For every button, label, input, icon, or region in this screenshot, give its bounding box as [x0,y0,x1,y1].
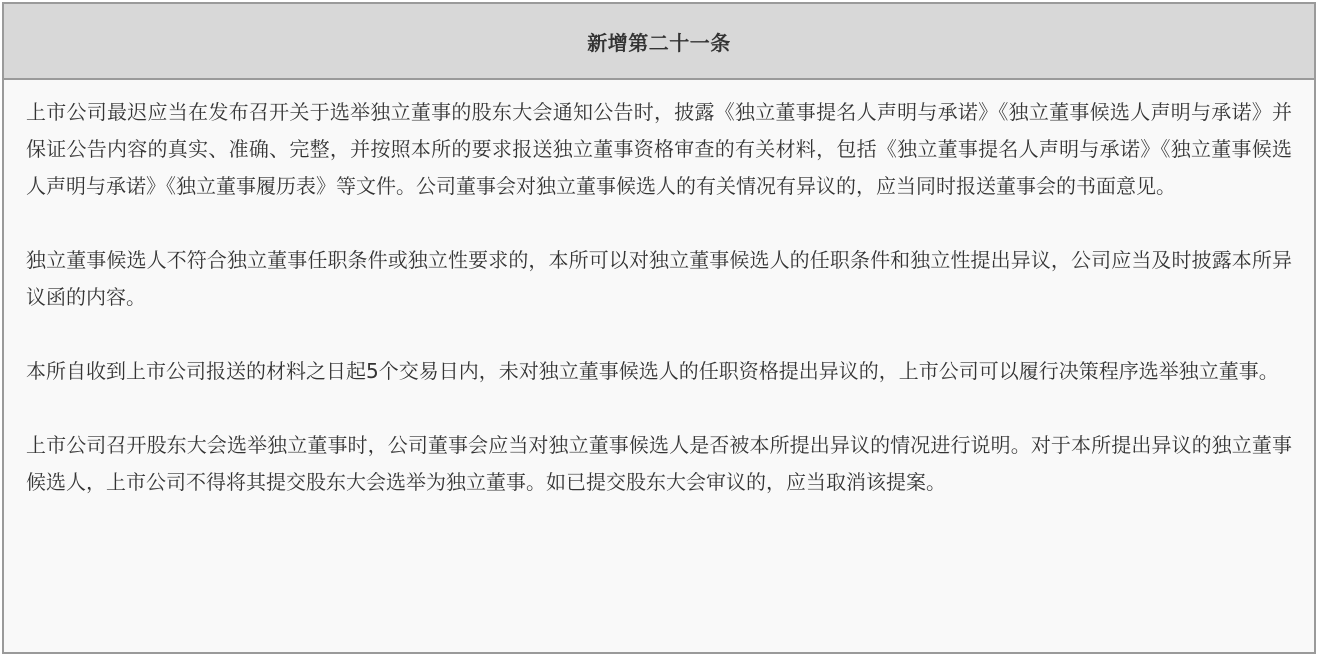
paragraph-3: 本所自收到上市公司报送的材料之日起5个交易日内，未对独立董事候选人的任职资格提出… [26,353,1292,390]
paragraph-2: 独立董事候选人不符合独立董事任职条件或独立性要求的，本所可以对独立董事候选人的任… [26,242,1292,316]
paragraph-1: 上市公司最迟应当在发布召开关于选举独立董事的股东大会通知公告时，披露《独立董事提… [26,94,1292,205]
article-header: 新增第二十一条 [4,4,1314,80]
article-table: 新增第二十一条 上市公司最迟应当在发布召开关于选举独立董事的股东大会通知公告时，… [2,2,1316,654]
article-title: 新增第二十一条 [587,27,731,56]
article-body: 上市公司最迟应当在发布召开关于选举独立董事的股东大会通知公告时，披露《独立董事提… [4,80,1314,501]
paragraph-4: 上市公司召开股东大会选举独立董事时，公司董事会应当对独立董事候选人是否被本所提出… [26,427,1292,501]
